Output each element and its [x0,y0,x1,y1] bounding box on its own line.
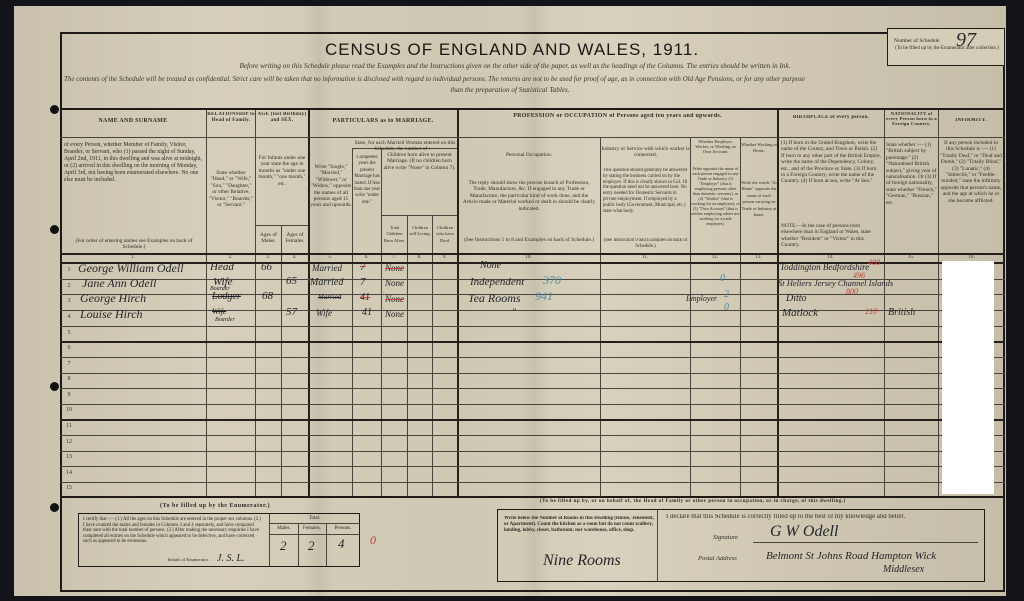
persons-label: Persons. [326,526,360,531]
row-number: 15 [63,485,75,491]
person-name: George Hirch [80,291,146,306]
birthplace-code: 400 [868,258,880,267]
header-personal-note: (See Instructions 1 to 8 and Examples on… [462,237,596,243]
instruction-line: Before writing on this Schedule please r… [185,62,845,70]
header-industry-title: Industry or Service with which worker is… [601,146,690,159]
person-age-female: 57 [286,306,297,318]
person-age-male: 68 [262,290,273,302]
signature: G W Odell [770,523,838,541]
postal-address: Belmont St Johns Road Hampton Wick [766,550,936,562]
employer-code: 2 [724,289,729,300]
person-occupation: " [512,307,516,317]
rooms-declaration-box: Write below the Number of Rooms in this … [497,509,985,582]
person-birthplace: St Heliers Jersey Channel Islands [778,278,893,288]
person-children-total: None [385,263,404,273]
row-number: 5 [63,330,75,336]
rooms-instruction: Write below the Number of Rooms in this … [504,516,654,534]
redacted-area [942,261,994,494]
person-years-married: 41 [362,307,372,318]
person-employer: Employer [686,294,717,303]
column-number: 11. [600,255,690,263]
row-number: 2 [63,283,75,289]
row-number: 3 [63,298,75,304]
person-nationality: British [888,307,915,318]
page-title: CENSUS OF ENGLAND AND WALES, 1911. [0,40,1024,60]
males-label: Males. [270,526,298,531]
column-number: 6. [352,255,381,263]
row-number: 4 [63,314,75,320]
person-relationship: Lodger [212,291,241,302]
header-birthplace-title: BIRTHPLACE of every person. [778,115,884,121]
certify-text: I certify that :— (1.) All the ages on t… [83,517,263,545]
person-years-married: 7 [360,276,366,288]
total-persons: 4 [338,536,345,552]
initials-label: Initials of Enumerator. [139,557,209,563]
header-marriage-children: Children born alive to present Marriage.… [382,152,457,171]
person-marriage: Married [318,293,341,301]
occupation-code: 370 [543,273,561,288]
person-name: Jane Ann Odell [82,276,156,291]
row-number: 13 [63,454,75,460]
enumerator-caption: (To be filled up by the Enumerator.) [160,503,270,509]
red-mark: 0 [370,533,376,548]
postal-address-county: Middlesex [883,564,924,575]
signature-label: Signature [713,535,763,541]
column-number: 10. [457,255,600,263]
person-children-total: None [385,278,404,288]
person-occupation: Tea Rooms [468,291,521,306]
person-years-married: 41 [360,292,370,303]
column-number: 15. [884,255,938,263]
row-number: 6 [63,345,75,351]
postal-address-label: Postal Address [698,556,768,562]
confidential-line: The contents of the Schedule will be tre… [64,75,944,83]
column-number: 7. [381,255,407,263]
header-infirmity-body: If any person included in this Schedule … [940,140,1002,204]
column-number: 12. [690,255,740,263]
header-name-note: (For order of entering names see Example… [64,238,204,251]
header-home-title: Whether Working at Home. [741,142,777,155]
person-children-total: None [385,309,404,319]
header-marriage-state: State, for each Married Woman entered on… [353,140,457,153]
employer-code: 0 [724,302,729,313]
header-relationship-title: RELATIONSHIP to Head of Family. [207,112,255,125]
header-age-females: Ages of Females. [282,232,308,245]
header-name-body: of every Person, whether Member of Famil… [64,142,204,184]
header-personal-title: Personal Occupation. [458,152,600,158]
relationship-correction: Boarder [215,317,235,323]
schedule-number-label: Number of Schedule [894,38,940,44]
person-name: George William Odell [78,261,184,276]
header-relationship-body: State whether "Head," or "Wife," "Son," … [208,170,254,208]
schedule-number-box: Number of Schedule 97 (To be filled up b… [887,28,1005,66]
header-employer-body: Write opposite the name of each person e… [691,166,740,226]
person-relationship: Wife [212,307,226,316]
column-number: 4. [281,255,308,263]
column-number: 5. [308,255,352,263]
header-personal-body: The reply should show the precise branch… [462,180,596,212]
total-males: 2 [280,538,287,554]
females-label: Females. [298,526,326,531]
header-infirmity-title: INFIRMITY. [939,118,1003,124]
header-nationality-body: State whether :— (1) "British subject by… [886,142,937,206]
row-number: 11 [63,423,75,429]
row-number: 1 [63,267,75,273]
punch-hole [50,225,59,234]
header-age-body: For Infants under one year state the age… [257,155,307,187]
rooms-section: Write below the Number of Rooms in this … [498,510,658,581]
punch-hole [50,382,59,391]
person-relationship: Head [210,261,234,273]
schedule-number-note: (To be filled up by the Enumerator after… [892,46,1002,52]
person-age-male: 66 [261,261,272,273]
person-years-married: 7 [360,261,366,273]
header-birthplace-body: (1) If born in the United Kingdom, write… [781,140,881,185]
header-marriage-total: Total Children Born Alive. [382,225,407,244]
person-marriage: Married [312,263,342,273]
person-age-female: 65 [286,275,297,287]
person-marriage: Wife [316,308,332,318]
totals-table: Total. Males. Females. Persons. 2 2 4 [269,514,359,566]
row-number: 7 [63,361,75,367]
header-marriage-completed: Completed years the present Marriage has… [353,155,381,206]
birthplace-code: 210 [865,307,877,316]
header-occupation-title: PROFESSION or OCCUPATION of Persons aged… [458,113,777,119]
person-name: Louise Hirch [80,307,143,322]
enumerator-certificate-box: I certify that :— (1.) All the ages on t… [78,513,360,567]
person-children-total: None [385,294,404,304]
header-industry-body: This question should generally be answer… [603,168,688,214]
column-number: 8. [407,255,432,263]
column-number: 13. [740,255,777,263]
birthplace-code: 800 [846,287,858,296]
header-age-males: Ages of Males. [256,232,281,245]
header-age-title: AGE (last Birthday) and SEX. [256,112,308,125]
person-occupation: None [480,260,501,271]
row-number: 12 [63,439,75,445]
confidential-line-2: than the preparation of Statistical Tabl… [360,86,660,94]
header-marriage-living: Children still Living. [408,225,432,238]
occupation-code: 941 [535,289,553,304]
header-name-title: NAME AND SURNAME [60,118,206,124]
head-of-family-caption: (To be filled up by, or on behalf of, th… [540,499,846,504]
birthplace-code: 496 [853,271,865,280]
row-number: 8 [63,376,75,382]
declaration-text: I declare that this Schedule is correctl… [666,514,976,520]
header-industry-note: (See Instruction 9 and Examples on back … [603,238,688,251]
header-employer-title: Whether Employer, Worker, or Working on … [691,139,740,155]
person-occupation: Independent [470,276,524,288]
punch-hole [50,105,59,114]
person-birthplace: Matlock [782,307,818,319]
header-home-body: Write the words "At Home" opposite the n… [741,180,777,218]
row-number: 10 [63,407,75,413]
census-table: NAME AND SURNAME of every Person, whethe… [60,108,1005,498]
person-marriage: Married [310,277,343,288]
column-number: 9. [432,255,457,263]
header-birthplace-note: NOTE.—In the case of persons born elsewh… [781,223,881,249]
total-females: 2 [308,538,315,554]
person-birthplace: Ditto [786,293,807,304]
header-marriage-write: Write "Single," "Married," "Widower," or… [310,164,352,209]
header-marriage-died: Children who have Died. [433,225,457,244]
rooms-count: Nine Rooms [543,552,621,570]
header-nationality-title: NATIONALITY of every Person born in a Fo… [885,111,938,127]
row-number: 14 [63,470,75,476]
header-marriage-title: PARTICULARS as to MARRIAGE. [309,118,457,124]
employer-code: 0 [720,273,725,284]
enumerator-initials: J. S. L. [217,553,245,564]
punch-hole [50,503,59,512]
total-label: Total. [270,516,359,521]
row-number: 9 [63,392,75,398]
